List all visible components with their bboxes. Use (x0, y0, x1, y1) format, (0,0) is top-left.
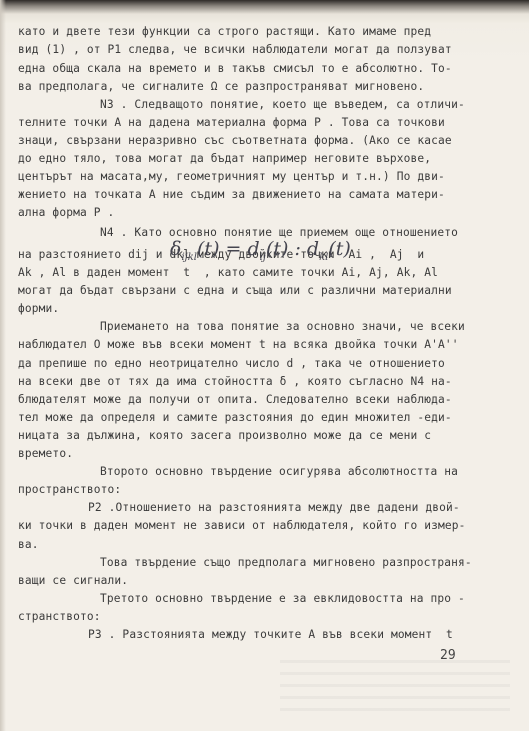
text-line: една обща скала на времето и в такъв сми… (18, 62, 452, 76)
text-line: Второто основно твърдение осигурява абсо… (100, 465, 458, 479)
text-line: ва. (18, 538, 39, 552)
bleed-through-text (280, 660, 510, 720)
text-line: Ak , Al в даден момент t , като самите т… (18, 266, 438, 280)
text-line: да препише по едно неотрицателно число d… (18, 357, 445, 371)
formula-delta-ratio: δijkl(t) = dij(t) : dkl(t) (170, 238, 351, 263)
text-line: Третото основно твърдение е за евклидово… (100, 592, 465, 606)
text-line: наблюдател O може във всеки момент t на … (18, 338, 459, 352)
text-line: странството: (18, 610, 101, 624)
text-line: ки точки в даден момент не зависи от наб… (18, 519, 466, 533)
text-line: времето. (18, 447, 73, 461)
text-line: като и двете тези функции са строго раст… (18, 25, 431, 39)
text-line: P3 . Разстоянията между точките A във вс… (88, 628, 453, 642)
text-line: Това твърдение също предполага мигновено… (100, 556, 472, 570)
text-line: на всеки две от тях да има стойността δ … (18, 375, 452, 389)
text-line: P2 .Отношението на разстоянията между дв… (88, 501, 460, 515)
text-line: N3 . Следващото понятие, което ще въведе… (100, 98, 465, 112)
text-line: блюдателят може да получи от опита. След… (18, 393, 452, 407)
text-line: тел може да определя и самите разстояния… (18, 411, 452, 425)
text-line: ална форма P . (18, 206, 114, 220)
text-line: могат да бъдат свързани с една и съща ил… (18, 284, 452, 298)
page-edge-shadow (0, 0, 6, 731)
text-line: ва предполага, че сигналите Ω се разпрос… (18, 80, 424, 94)
text-line: Приемането на това понятие за основно зн… (100, 320, 465, 334)
text-line: центърът на масата,му, геометричният му … (18, 170, 445, 184)
text-line: ницата за дължина, която засега произвол… (18, 429, 431, 443)
text-line: форми. (18, 302, 59, 316)
text-line: пространството: (18, 483, 121, 497)
text-line: знаци, свързани неразривно със съответна… (18, 134, 452, 148)
text-line: вид (1) , от P1 следва, че всички наблюд… (18, 43, 452, 57)
text-line: телните точки A на дадена материална фор… (18, 116, 445, 130)
text-line: жението на точката A ние съдим за движен… (18, 188, 445, 202)
text-line: до едно тяло, това могат да бъдат наприм… (18, 152, 431, 166)
text-line: ващи се сигнали. (18, 574, 128, 588)
